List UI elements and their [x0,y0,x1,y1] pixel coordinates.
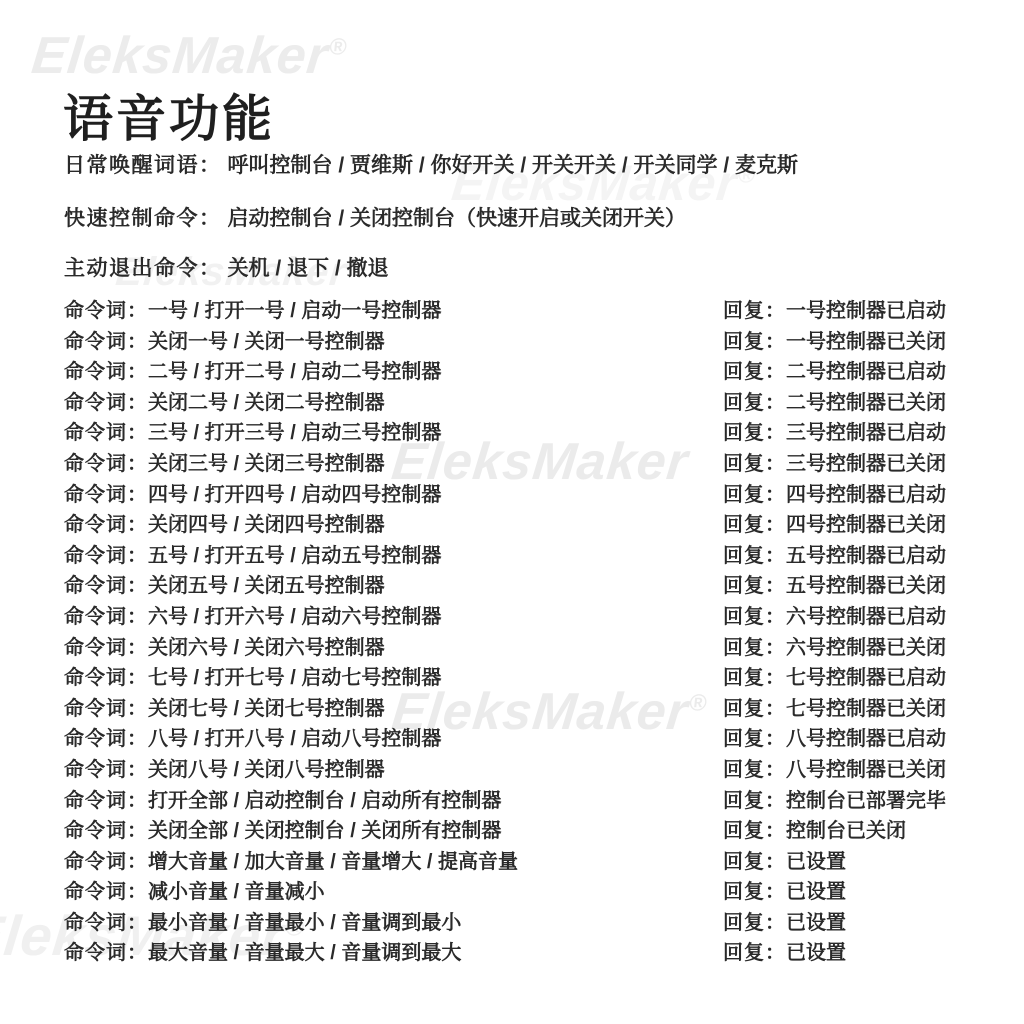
reply-text: 六号控制器已启动 [786,606,946,628]
command-label: 命令词： [64,392,148,414]
command-row: 命令词：四号 / 打开四号 / 启动四号控制器回复：四号控制器已启动 [64,480,994,511]
command-text: 关闭三号 / 关闭三号控制器 [148,453,385,475]
reply-label: 回复： [723,361,786,383]
command-text: 六号 / 打开六号 / 启动六号控制器 [148,606,441,628]
command-text: 四号 / 打开四号 / 启动四号控制器 [148,484,441,506]
command-label: 命令词： [64,361,148,383]
command-row: 命令词：三号 / 打开三号 / 启动三号控制器回复：三号控制器已启动 [64,418,994,449]
reply-text: 一号控制器已启动 [786,300,946,322]
command-cell: 命令词：最小音量 / 音量最小 / 音量调到最小 [64,908,461,939]
reply-cell: 回复：控制台已部署完毕 [723,786,946,817]
reply-cell: 回复：七号控制器已关闭 [723,694,946,725]
command-cell: 命令词：减小音量 / 音量减小 [64,877,325,908]
command-label: 命令词： [64,545,148,567]
reply-label: 回复： [723,667,786,689]
command-row: 命令词：二号 / 打开二号 / 启动二号控制器回复：二号控制器已启动 [64,357,994,388]
command-text: 八号 / 打开八号 / 启动八号控制器 [148,728,441,750]
command-cell: 命令词：关闭六号 / 关闭六号控制器 [64,633,385,664]
reply-cell: 回复：三号控制器已关闭 [723,449,946,480]
eleksmaker-watermark: EleksMaker® [29,30,349,82]
reply-cell: 回复：三号控制器已启动 [723,418,946,449]
exit-command-line: 主动退出命令：关机 / 退下 / 撤退 [64,252,389,282]
command-label: 命令词： [64,606,148,628]
reply-label: 回复： [723,422,786,444]
exit-command-label: 主动退出命令： [64,257,222,280]
command-cell: 命令词：五号 / 打开五号 / 启动五号控制器 [64,541,441,572]
reply-label: 回复： [723,484,786,506]
reply-text: 七号控制器已启动 [786,667,946,689]
command-row: 命令词：八号 / 打开八号 / 启动八号控制器回复：八号控制器已启动 [64,724,994,755]
reply-label: 回复： [723,331,786,353]
reply-label: 回复： [723,453,786,475]
reply-label: 回复： [723,820,786,842]
command-row: 命令词：关闭二号 / 关闭二号控制器回复：二号控制器已关闭 [64,388,994,419]
command-label: 命令词： [64,422,148,444]
command-label: 命令词： [64,912,148,934]
command-label: 命令词： [64,484,148,506]
reply-cell: 回复：一号控制器已关闭 [723,327,946,358]
reply-text: 六号控制器已关闭 [786,637,946,659]
command-label: 命令词： [64,790,148,812]
command-label: 命令词： [64,759,148,781]
command-cell: 命令词：三号 / 打开三号 / 启动三号控制器 [64,418,441,449]
command-cell: 命令词：关闭一号 / 关闭一号控制器 [64,327,385,358]
reply-cell: 回复：二号控制器已关闭 [723,388,946,419]
reply-cell: 回复：已设置 [723,908,846,939]
reply-label: 回复： [723,300,786,322]
command-text: 关闭一号 / 关闭一号控制器 [148,331,385,353]
command-row: 命令词：最小音量 / 音量最小 / 音量调到最小回复：已设置 [64,908,994,939]
reply-text: 控制台已部署完毕 [786,790,946,812]
command-label: 命令词： [64,851,148,873]
command-text: 关闭全部 / 关闭控制台 / 关闭所有控制器 [148,820,501,842]
reply-label: 回复： [723,759,786,781]
wake-words-line: 日常唤醒词语：呼叫控制台 / 贾维斯 / 你好开关 / 开关开关 / 开关同学 … [64,149,798,179]
reply-text: 八号控制器已关闭 [786,759,946,781]
reply-label: 回复： [723,881,786,903]
reply-text: 已设置 [786,912,846,934]
reply-text: 三号控制器已启动 [786,422,946,444]
reply-text: 七号控制器已关闭 [786,698,946,720]
command-row: 命令词：一号 / 打开一号 / 启动一号控制器回复：一号控制器已启动 [64,296,994,327]
command-row: 命令词：增大音量 / 加大音量 / 音量增大 / 提高音量回复：已设置 [64,847,994,878]
reply-text: 四号控制器已关闭 [786,514,946,536]
command-text: 二号 / 打开二号 / 启动二号控制器 [148,361,441,383]
command-cell: 命令词：六号 / 打开六号 / 启动六号控制器 [64,602,441,633]
reply-text: 八号控制器已启动 [786,728,946,750]
reply-cell: 回复：八号控制器已启动 [723,724,946,755]
command-cell: 命令词：八号 / 打开八号 / 启动八号控制器 [64,724,441,755]
wake-words-text: 呼叫控制台 / 贾维斯 / 你好开关 / 开关开关 / 开关同学 / 麦克斯 [228,154,799,177]
reply-text: 五号控制器已启动 [786,545,946,567]
reply-cell: 回复：六号控制器已启动 [723,602,946,633]
reply-label: 回复： [723,912,786,934]
command-text: 三号 / 打开三号 / 启动三号控制器 [148,422,441,444]
reply-label: 回复： [723,942,786,964]
command-text: 增大音量 / 加大音量 / 音量增大 / 提高音量 [148,851,518,873]
command-label: 命令词： [64,698,148,720]
reply-cell: 回复：四号控制器已启动 [723,480,946,511]
command-label: 命令词： [64,728,148,750]
command-cell: 命令词：四号 / 打开四号 / 启动四号控制器 [64,480,441,511]
command-text: 一号 / 打开一号 / 启动一号控制器 [148,300,441,322]
command-text: 最大音量 / 音量最大 / 音量调到最大 [148,942,461,964]
command-cell: 命令词：关闭三号 / 关闭三号控制器 [64,449,385,480]
reply-label: 回复： [723,545,786,567]
wake-words-label: 日常唤醒词语： [64,154,222,177]
reply-label: 回复： [723,392,786,414]
reply-cell: 回复：已设置 [723,938,846,969]
reply-label: 回复： [723,514,786,536]
reply-cell: 回复：五号控制器已关闭 [723,571,946,602]
command-label: 命令词： [64,453,148,475]
command-cell: 命令词：打开全部 / 启动控制台 / 启动所有控制器 [64,786,501,817]
command-row: 命令词：关闭一号 / 关闭一号控制器回复：一号控制器已关闭 [64,327,994,358]
command-text: 关闭五号 / 关闭五号控制器 [148,575,385,597]
quick-control-text: 启动控制台 / 关闭控制台（快速开启或关闭开关） [228,207,687,230]
quick-control-line: 快速控制命令：启动控制台 / 关闭控制台（快速开启或关闭开关） [64,202,686,232]
command-text: 关闭六号 / 关闭六号控制器 [148,637,385,659]
command-text: 五号 / 打开五号 / 启动五号控制器 [148,545,441,567]
command-row: 命令词：关闭七号 / 关闭七号控制器回复：七号控制器已关闭 [64,694,994,725]
command-cell: 命令词：关闭八号 / 关闭八号控制器 [64,755,385,786]
reply-text: 一号控制器已关闭 [786,331,946,353]
command-row: 命令词：减小音量 / 音量减小回复：已设置 [64,877,994,908]
command-row: 命令词：最大音量 / 音量最大 / 音量调到最大回复：已设置 [64,938,994,969]
reply-text: 三号控制器已关闭 [786,453,946,475]
command-text: 减小音量 / 音量减小 [148,881,325,903]
command-row: 命令词：关闭八号 / 关闭八号控制器回复：八号控制器已关闭 [64,755,994,786]
reply-text: 已设置 [786,942,846,964]
reply-label: 回复： [723,728,786,750]
command-row: 命令词：关闭六号 / 关闭六号控制器回复：六号控制器已关闭 [64,633,994,664]
reply-text: 已设置 [786,881,846,903]
command-cell: 命令词：一号 / 打开一号 / 启动一号控制器 [64,296,441,327]
reply-text: 四号控制器已启动 [786,484,946,506]
command-text: 最小音量 / 音量最小 / 音量调到最小 [148,912,461,934]
command-cell: 命令词：关闭五号 / 关闭五号控制器 [64,571,385,602]
command-label: 命令词： [64,575,148,597]
command-label: 命令词： [64,942,148,964]
command-label: 命令词： [64,881,148,903]
command-row: 命令词：关闭三号 / 关闭三号控制器回复：三号控制器已关闭 [64,449,994,480]
page-title: 语音功能 [63,92,275,147]
command-cell: 命令词：七号 / 打开七号 / 启动七号控制器 [64,663,441,694]
command-cell: 命令词：关闭二号 / 关闭二号控制器 [64,388,385,419]
command-cell: 命令词：二号 / 打开二号 / 启动二号控制器 [64,357,441,388]
reply-cell: 回复：六号控制器已关闭 [723,633,946,664]
command-label: 命令词： [64,300,148,322]
command-cell: 命令词：增大音量 / 加大音量 / 音量增大 / 提高音量 [64,847,518,878]
command-label: 命令词： [64,331,148,353]
reply-cell: 回复：已设置 [723,877,846,908]
command-text: 关闭八号 / 关闭八号控制器 [148,759,385,781]
command-row: 命令词：关闭四号 / 关闭四号控制器回复：四号控制器已关闭 [64,510,994,541]
reply-text: 控制台已关闭 [786,820,906,842]
reply-label: 回复： [723,575,786,597]
command-row: 命令词：六号 / 打开六号 / 启动六号控制器回复：六号控制器已启动 [64,602,994,633]
reply-text: 二号控制器已启动 [786,361,946,383]
command-label: 命令词： [64,514,148,536]
reply-text: 已设置 [786,851,846,873]
reply-label: 回复： [723,790,786,812]
reply-text: 五号控制器已关闭 [786,575,946,597]
reply-cell: 回复：控制台已关闭 [723,816,906,847]
reply-label: 回复： [723,606,786,628]
command-label: 命令词： [64,637,148,659]
command-row: 命令词：打开全部 / 启动控制台 / 启动所有控制器回复：控制台已部署完毕 [64,786,994,817]
reply-cell: 回复：八号控制器已关闭 [723,755,946,786]
command-row: 命令词：关闭全部 / 关闭控制台 / 关闭所有控制器回复：控制台已关闭 [64,816,994,847]
reply-cell: 回复：已设置 [723,847,846,878]
reply-text: 二号控制器已关闭 [786,392,946,414]
exit-command-text: 关机 / 退下 / 撤退 [228,257,389,280]
command-row: 命令词：七号 / 打开七号 / 启动七号控制器回复：七号控制器已启动 [64,663,994,694]
command-label: 命令词： [64,667,148,689]
command-table: 命令词：一号 / 打开一号 / 启动一号控制器回复：一号控制器已启动命令词：关闭… [64,296,994,969]
quick-control-label: 快速控制命令： [64,207,222,230]
command-text: 关闭二号 / 关闭二号控制器 [148,392,385,414]
command-cell: 命令词：关闭七号 / 关闭七号控制器 [64,694,385,725]
command-text: 关闭七号 / 关闭七号控制器 [148,698,385,720]
command-text: 打开全部 / 启动控制台 / 启动所有控制器 [148,790,501,812]
command-cell: 命令词：最大音量 / 音量最大 / 音量调到最大 [64,938,461,969]
reply-cell: 回复：五号控制器已启动 [723,541,946,572]
command-text: 七号 / 打开七号 / 启动七号控制器 [148,667,441,689]
reply-cell: 回复：四号控制器已关闭 [723,510,946,541]
reply-label: 回复： [723,637,786,659]
command-cell: 命令词：关闭全部 / 关闭控制台 / 关闭所有控制器 [64,816,501,847]
command-label: 命令词： [64,820,148,842]
reply-cell: 回复：一号控制器已启动 [723,296,946,327]
command-row: 命令词：五号 / 打开五号 / 启动五号控制器回复：五号控制器已启动 [64,541,994,572]
reply-label: 回复： [723,698,786,720]
reply-cell: 回复：七号控制器已启动 [723,663,946,694]
command-row: 命令词：关闭五号 / 关闭五号控制器回复：五号控制器已关闭 [64,571,994,602]
reply-cell: 回复：二号控制器已启动 [723,357,946,388]
command-text: 关闭四号 / 关闭四号控制器 [148,514,385,536]
command-cell: 命令词：关闭四号 / 关闭四号控制器 [64,510,385,541]
reply-label: 回复： [723,851,786,873]
